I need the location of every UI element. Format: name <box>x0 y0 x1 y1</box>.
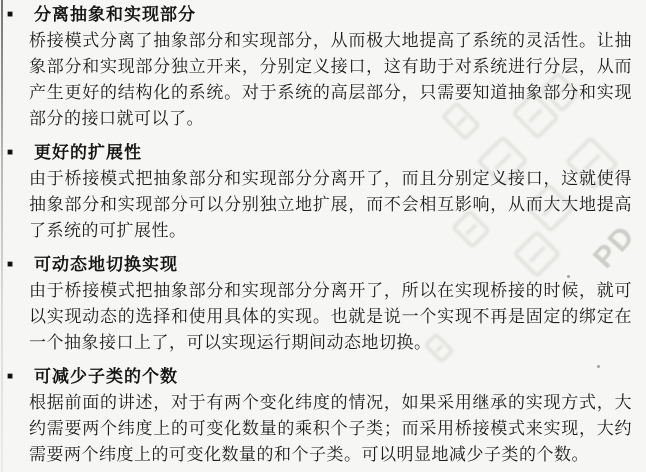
section-fewer-subclasses: ■ 可减少子类的个数 根据前面的讲述，对于有两个变化纬度的情况，如果采用继承的实… <box>0 364 632 468</box>
square-bullet-icon: ■ <box>7 140 14 166</box>
section-better-extensibility: ■ 更好的扩展性 由于桥接模式把抽象部分和实现部分分离开了，而且分别定义接口，这… <box>0 140 632 244</box>
section-heading: ■ 可减少子类的个数 <box>0 364 632 390</box>
section-heading: ■ 更好的扩展性 <box>0 140 632 166</box>
section-title: 更好的扩展性 <box>34 143 142 162</box>
section-dynamic-switch: ■ 可动态地切换实现 由于桥接模式把抽象部分和实现部分分离开了，所以在实现桥接的… <box>0 252 632 356</box>
section-paragraph: 桥接模式分离了抽象部分和实现部分，从而极大地提高了系统的灵活性。让抽象部分和实现… <box>29 28 632 132</box>
section-title: 分离抽象和实现部分 <box>34 5 196 24</box>
section-paragraph: 由于桥接模式把抽象部分和实现部分分离开了，所以在实现桥接的时候，就可以实现动态的… <box>29 278 632 356</box>
square-bullet-icon: ■ <box>7 2 14 28</box>
section-heading: ■ 分离抽象和实现部分 <box>0 2 632 28</box>
section-heading: ■ 可动态地切换实现 <box>0 252 632 278</box>
square-bullet-icon: ■ <box>7 252 14 278</box>
section-title: 可减少子类的个数 <box>34 367 178 386</box>
section-title: 可动态地切换实现 <box>34 255 178 274</box>
section-paragraph: 由于桥接模式把抽象部分和实现部分分离开了，而且分别定义接口，这就使得抽象部分和实… <box>29 166 632 244</box>
section-paragraph: 根据前面的讲述，对于有两个变化纬度的情况，如果采用继承的实现方式，大约需要两个纬… <box>29 390 632 468</box>
document-content: ■ 分离抽象和实现部分 桥接模式分离了抽象部分和实现部分，从而极大地提高了系统的… <box>0 2 632 468</box>
scanned-document-page: PD ■ 分离抽象和实现部分 桥接模式分离了抽象部分和实现部分，从而极大地提高了… <box>0 0 646 472</box>
square-bullet-icon: ■ <box>7 364 14 390</box>
section-separate-abstraction: ■ 分离抽象和实现部分 桥接模式分离了抽象部分和实现部分，从而极大地提高了系统的… <box>0 2 632 132</box>
